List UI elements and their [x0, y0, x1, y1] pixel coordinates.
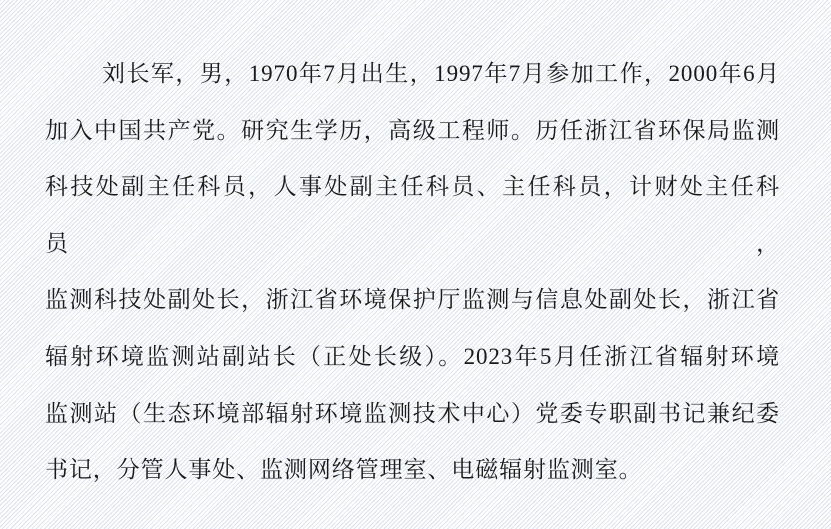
paragraph-line-6: 监测站（生态环境部辐射环境监测技术中心）党委专职副书记兼纪委: [45, 386, 780, 443]
paragraph-line-2: 加入中国共产党。研究生学历，高级工程师。历任浙江省环保局监测: [45, 103, 780, 160]
paragraph-line-5: 辐射环境监测站副站长（正处长级）。2023年5月任浙江省辐射环境: [45, 329, 780, 386]
paragraph-line-7: 书记，分管人事处、监测网络管理室、电磁辐射监测室。: [45, 442, 780, 499]
bio-paragraph: 刘长军，男，1970年7月出生，1997年7月参加工作，2000年6月 加入中国…: [45, 46, 780, 499]
paragraph-line-4: 监测科技处副处长，浙江省环境保护厅监测与信息处副处长，浙江省: [45, 272, 780, 329]
paragraph-line-1: 刘长军，男，1970年7月出生，1997年7月参加工作，2000年6月: [45, 46, 780, 103]
page-background: { "paragraph": { "subject": "刘长军", "line…: [0, 0, 831, 529]
paragraph-line-3: 科技处副主任科员，人事处副主任科员、主任科员，计财处主任科员，: [45, 159, 780, 272]
